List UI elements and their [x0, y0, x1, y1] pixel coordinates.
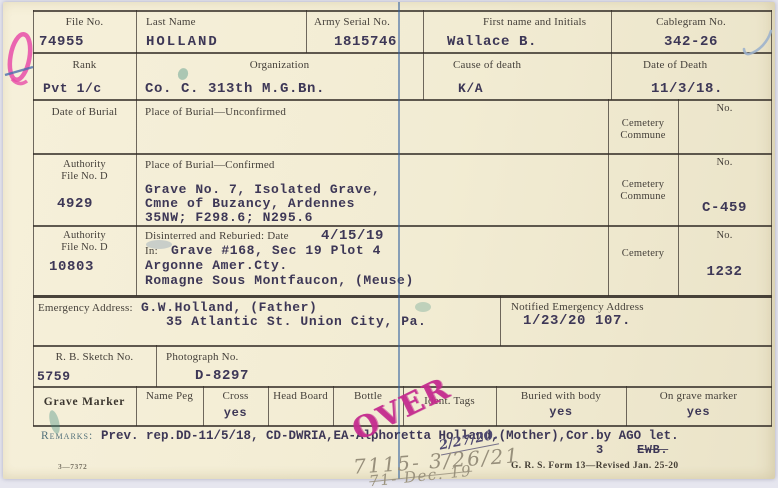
authority-file-value: 4929 [57, 196, 93, 212]
organization-value: Co. C. 313th M.G.Bn. [145, 81, 325, 97]
notified-address-value: 1/23/20 107. [523, 313, 631, 329]
cause-of-death-value: K/A [458, 81, 483, 96]
cemetery-label-line: Cemetery [608, 179, 678, 191]
rank-value: Pvt 1/c [43, 81, 102, 96]
divider [423, 52, 424, 100]
gm-col-cross: Cross [203, 390, 268, 402]
divider [306, 10, 307, 53]
rb-sketch-label: R. B. Sketch No. [33, 351, 156, 363]
blue-check-mark [741, 28, 775, 58]
burial-confirmed-line3: 35NW; F298.6; N295.6 [145, 210, 313, 225]
rb-sketch-value: 5759 [37, 369, 71, 384]
form-id: G. R. S. Form 13—Revised Jan. 25-20 [511, 461, 679, 471]
first-name-label: First name and Initials [483, 16, 586, 28]
cemetery-no-value: 1232 [678, 264, 771, 280]
divider [156, 345, 157, 387]
rule-row1 [33, 52, 772, 54]
remarks-label: Remarks: [41, 430, 93, 442]
army-serial-value: 1815746 [334, 34, 397, 50]
cablegram-label: Cablegram No. [611, 16, 771, 28]
gm-on-marker-value: yes [626, 405, 771, 419]
remarks-number: 3 [596, 443, 604, 457]
authority-label-line: Authority [33, 230, 136, 242]
burial-record-card: File No. 74955 Last Name HOLLAND Army Se… [3, 2, 775, 479]
reburial-grave-value: Grave #168, Sec 19 Plot 4 [171, 243, 381, 258]
burial-confirmed-label: Place of Burial—Confirmed [145, 159, 275, 171]
emergency-address-line1: G.W.Holland, (Father) [141, 300, 317, 315]
cemetery-commune-label: Cemetery Commune [608, 118, 678, 141]
cemetery-label-line: Cemetery [608, 118, 678, 130]
file-no-label: File No. [33, 16, 136, 28]
rule-row5-heavy [33, 295, 772, 298]
gm-cross-value: yes [203, 406, 268, 420]
disinterred-date-value: 4/15/19 [321, 228, 384, 244]
rule-top [33, 10, 772, 12]
no-label: No. [678, 103, 771, 115]
last-name-label: Last Name [146, 16, 196, 28]
file-no-d-label-line: File No. D [33, 171, 136, 183]
gm-col-head-board: Head Board [268, 390, 333, 402]
rule-row3 [33, 153, 772, 155]
gm-col-name-peg: Name Peg [136, 390, 203, 402]
grave-marker-label: Grave Marker [33, 396, 136, 408]
notified-address-label: Notified Emergency Address [511, 301, 644, 313]
cemetery-label: Cemetery [608, 248, 678, 260]
rank-label: Rank [33, 59, 136, 71]
burial-confirmed-line1: Grave No. 7, Isolated Grave, [145, 182, 380, 197]
pink-zero-mark [3, 30, 41, 92]
cause-of-death-label: Cause of death [453, 59, 521, 71]
gm-col-on-grave-marker: On grave marker [626, 390, 771, 402]
photograph-value: D-8297 [195, 368, 249, 384]
date-of-death-value: 11/3/18. [651, 81, 723, 97]
divider [423, 10, 424, 53]
authority-file-value: 10803 [49, 259, 94, 275]
divider [136, 10, 137, 53]
date-of-death-label: Date of Death [643, 59, 707, 71]
file-no-d-label-line: File No. D [33, 242, 136, 254]
authority-file-label: Authority File No. D [33, 230, 136, 253]
date-of-burial-label: Date of Burial [33, 106, 136, 118]
no-label: No. [678, 230, 771, 242]
reburial-cemetery-name: Argonne Amer.Cty. [145, 258, 288, 273]
authority-label-line: Authority [33, 159, 136, 171]
last-name-value: HOLLAND [146, 34, 219, 50]
commune-label-line: Commune [608, 130, 678, 142]
ink-smudge [415, 302, 431, 312]
no-label: No. [678, 157, 771, 169]
reburial-commune-value: Romagne Sous Montfaucon, (Meuse) [145, 273, 414, 288]
ink-smudge [146, 240, 172, 249]
remarks-initials: EWB. [637, 443, 668, 457]
gm-col-buried-with-body: Buried with body [496, 390, 626, 402]
first-name-value: Wallace B. [447, 34, 537, 50]
frame-right [771, 10, 772, 426]
emergency-address-line2: 35 Atlantic St. Union City, Pa. [166, 314, 426, 329]
divider [611, 52, 612, 100]
rule-row4 [33, 225, 772, 227]
rule-row2 [33, 99, 772, 101]
photograph-label: Photograph No. [166, 351, 238, 363]
emergency-address-label: Emergency Address: [38, 302, 133, 314]
army-serial-label: Army Serial No. [314, 16, 390, 28]
print-code: 3—7372 [58, 462, 87, 471]
divider [136, 99, 137, 296]
authority-file-label: Authority File No. D [33, 159, 136, 182]
cemetery-no-value: C-459 [678, 200, 771, 216]
divider [500, 296, 501, 346]
gm-buried-value: yes [496, 405, 626, 419]
commune-label-line: Commune [608, 191, 678, 203]
burial-unconfirmed-label: Place of Burial—Unconfirmed [145, 106, 286, 118]
rule-row6 [33, 345, 772, 347]
file-no-value: 74955 [39, 34, 84, 50]
burial-confirmed-line2: Cmne of Buzancy, Ardennes [145, 196, 355, 211]
cemetery-commune-label: Cemetery Commune [608, 179, 678, 202]
scanned-document-page: { "colors": { "card_cream": "#f2ecd3", "… [0, 0, 778, 488]
